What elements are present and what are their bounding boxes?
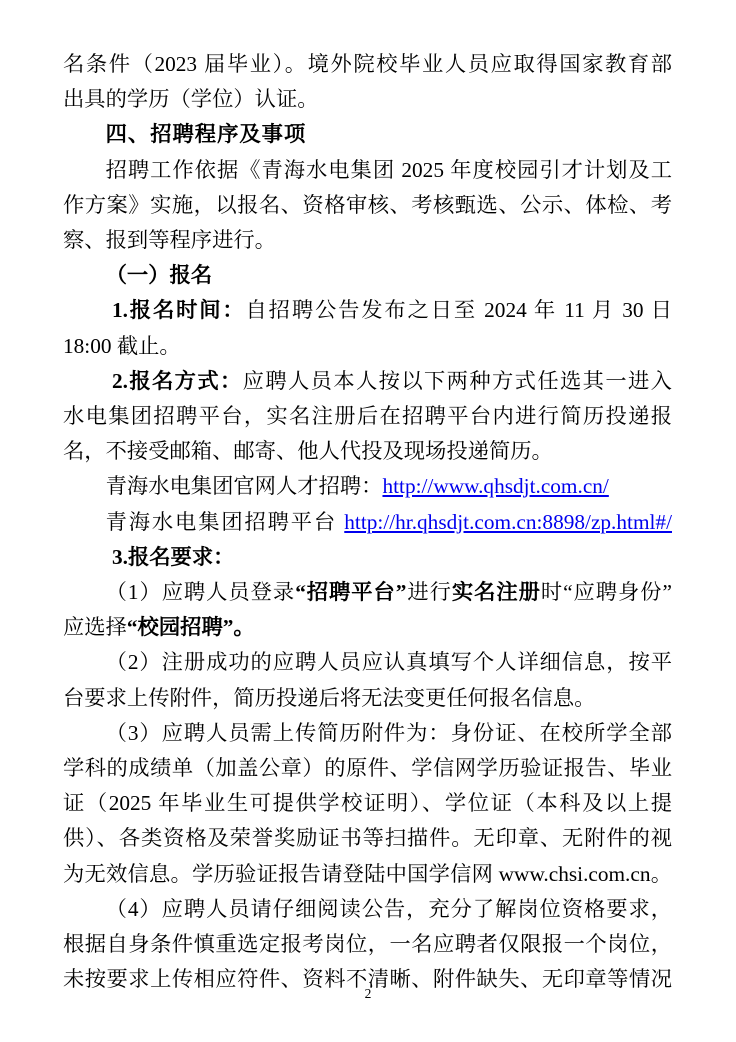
text-segment: 3.报名要求： [112, 545, 234, 569]
body-line: 应选择“校园招聘”。 [63, 610, 672, 645]
text-segment: 察、报到等程序进行。 [63, 228, 276, 252]
text-segment: 时“应聘身份” [541, 580, 672, 604]
text-segment: 出具的学历（学位）认证。 [63, 87, 319, 111]
text-segment: （一）报名 [106, 263, 213, 287]
text-segment: 学科的成绩单（加盖公章）的原件、学信网学历验证报告、毕业 [63, 756, 672, 780]
body-line: 供）、各类资格及荣誉奖励证书等扫描件。无印章、无附件的视 [63, 821, 672, 856]
text-segment: 1.报名时间： [112, 298, 246, 322]
text-segment: 根据自身条件慎重选定报考岗位，一名应聘者仅限报一个岗位， [63, 932, 672, 956]
text-segment: 进行 [406, 580, 451, 604]
body-line: 台要求上传附件，简历投递后将无法变更任何报名信息。 [63, 681, 672, 716]
body-line: 1.报名时间：自招聘公告发布之日至 2024 年 11 月 30 日 [63, 293, 672, 328]
text-segment: 名条件（2023 届毕业）。境外院校毕业人员应取得国家教育部 [63, 52, 672, 76]
text-segment: 水电集团招聘平台，实名注册后在招聘平台内进行简历投递报 [63, 404, 672, 428]
body-line: （3）应聘人员需上传简历附件为：身份证、在校所学全部 [63, 716, 672, 751]
text-segment: 四、招聘程序及事项 [106, 122, 307, 146]
body-line: （4）应聘人员请仔细阅读公告，充分了解岗位资格要求， [63, 892, 672, 927]
text-segment: 应聘人员本人按以下两种方式任选其一进入 [243, 369, 672, 393]
link-recruitment-platform[interactable]: http://hr.qhsdjt.com.cn:8898/zp.html#/ [344, 510, 672, 534]
text-segment: 18:00 截止。 [63, 334, 181, 358]
body-line: 招聘工作依据《青海水电集团 2025 年度校园引才计划及工 [63, 153, 672, 188]
body-line: 证（2025 年毕业生可提供学校证明）、学位证（本科及以上提 [63, 786, 672, 821]
text-segment: 证（2025 年毕业生可提供学校证明）、学位证（本科及以上提 [63, 791, 672, 815]
body-line: 名，不接受邮箱、邮寄、他人代投及现场投递简历。 [63, 434, 672, 469]
text-segment: 为无效信息。学历验证报告请登陆中国学信网 www.chsi.com.cn。 [63, 862, 672, 886]
body-line: （2）注册成功的应聘人员应认真填写个人详细信息，按平 [63, 645, 672, 680]
official-site-line: 青海水电集团官网人才招聘：http://www.qhsdjt.com.cn/ [63, 469, 672, 504]
body-line: 名条件（2023 届毕业）。境外院校毕业人员应取得国家教育部 [63, 47, 672, 82]
text-segment: “招聘平台” [295, 580, 406, 604]
body-line: 作方案》实施，以报名、资格审核、考核甄选、公示、体检、考 [63, 188, 672, 223]
text-segment: 名，不接受邮箱、邮寄、他人代投及现场投递简历。 [63, 439, 553, 463]
text-segment: （3）应聘人员需上传简历附件为：身份证、在校所学全部 [106, 721, 672, 745]
text-segment: 作方案》实施，以报名、资格审核、考核甄选、公示、体检、考 [63, 193, 672, 217]
body-line: 根据自身条件慎重选定报考岗位，一名应聘者仅限报一个岗位， [63, 927, 672, 962]
text-segment: 实名注册 [452, 580, 541, 604]
body-line: 水电集团招聘平台，实名注册后在招聘平台内进行简历投递报 [63, 399, 672, 434]
subsection-heading: 3.报名要求： [63, 540, 672, 575]
body-line: （1）应聘人员登录“招聘平台”进行实名注册时“应聘身份” [63, 575, 672, 610]
platform-line: 青海水电集团招聘平台 http://hr.qhsdjt.com.cn:8898/… [63, 505, 672, 540]
section-heading: 四、招聘程序及事项 [63, 117, 672, 152]
text-segment: 青海水电集团招聘平台 [106, 510, 345, 534]
text-segment: （4）应聘人员请仔细阅读公告，充分了解岗位资格要求， [106, 897, 672, 921]
body-line: 2.报名方式：应聘人员本人按以下两种方式任选其一进入 [63, 364, 672, 399]
text-segment: （2）注册成功的应聘人员应认真填写个人详细信息，按平 [106, 650, 672, 674]
body-line: 出具的学历（学位）认证。 [63, 82, 672, 117]
body-line: 察、报到等程序进行。 [63, 223, 672, 258]
text-segment: 供）、各类资格及荣誉奖励证书等扫描件。无印章、无附件的视 [63, 826, 672, 850]
body-line: 18:00 截止。 [63, 329, 672, 364]
text-segment: 青海水电集团官网人才招聘： [106, 474, 383, 498]
link-official-website[interactable]: http://www.qhsdjt.com.cn/ [382, 474, 608, 498]
document-body: 名条件（2023 届毕业）。境外院校毕业人员应取得国家教育部出具的学历（学位）认… [63, 47, 672, 997]
text-segment: “校园招聘”。 [127, 615, 255, 639]
subsection-heading: （一）报名 [63, 258, 672, 293]
body-line: 为无效信息。学历验证报告请登陆中国学信网 www.chsi.com.cn。 [63, 857, 672, 892]
page-number: 2 [0, 984, 736, 1004]
text-segment: （1）应聘人员登录 [106, 580, 296, 604]
body-line: 学科的成绩单（加盖公章）的原件、学信网学历验证报告、毕业 [63, 751, 672, 786]
text-segment: 招聘工作依据《青海水电集团 2025 年度校园引才计划及工 [106, 158, 672, 182]
text-segment: 应选择 [63, 615, 127, 639]
text-segment: 2.报名方式： [112, 369, 243, 393]
text-segment: 台要求上传附件，简历投递后将无法变更任何报名信息。 [63, 686, 595, 710]
document-page: 名条件（2023 届毕业）。境外院校毕业人员应取得国家教育部出具的学历（学位）认… [0, 0, 736, 1042]
text-segment: 自招聘公告发布之日至 2024 年 11 月 30 日 [246, 298, 672, 322]
